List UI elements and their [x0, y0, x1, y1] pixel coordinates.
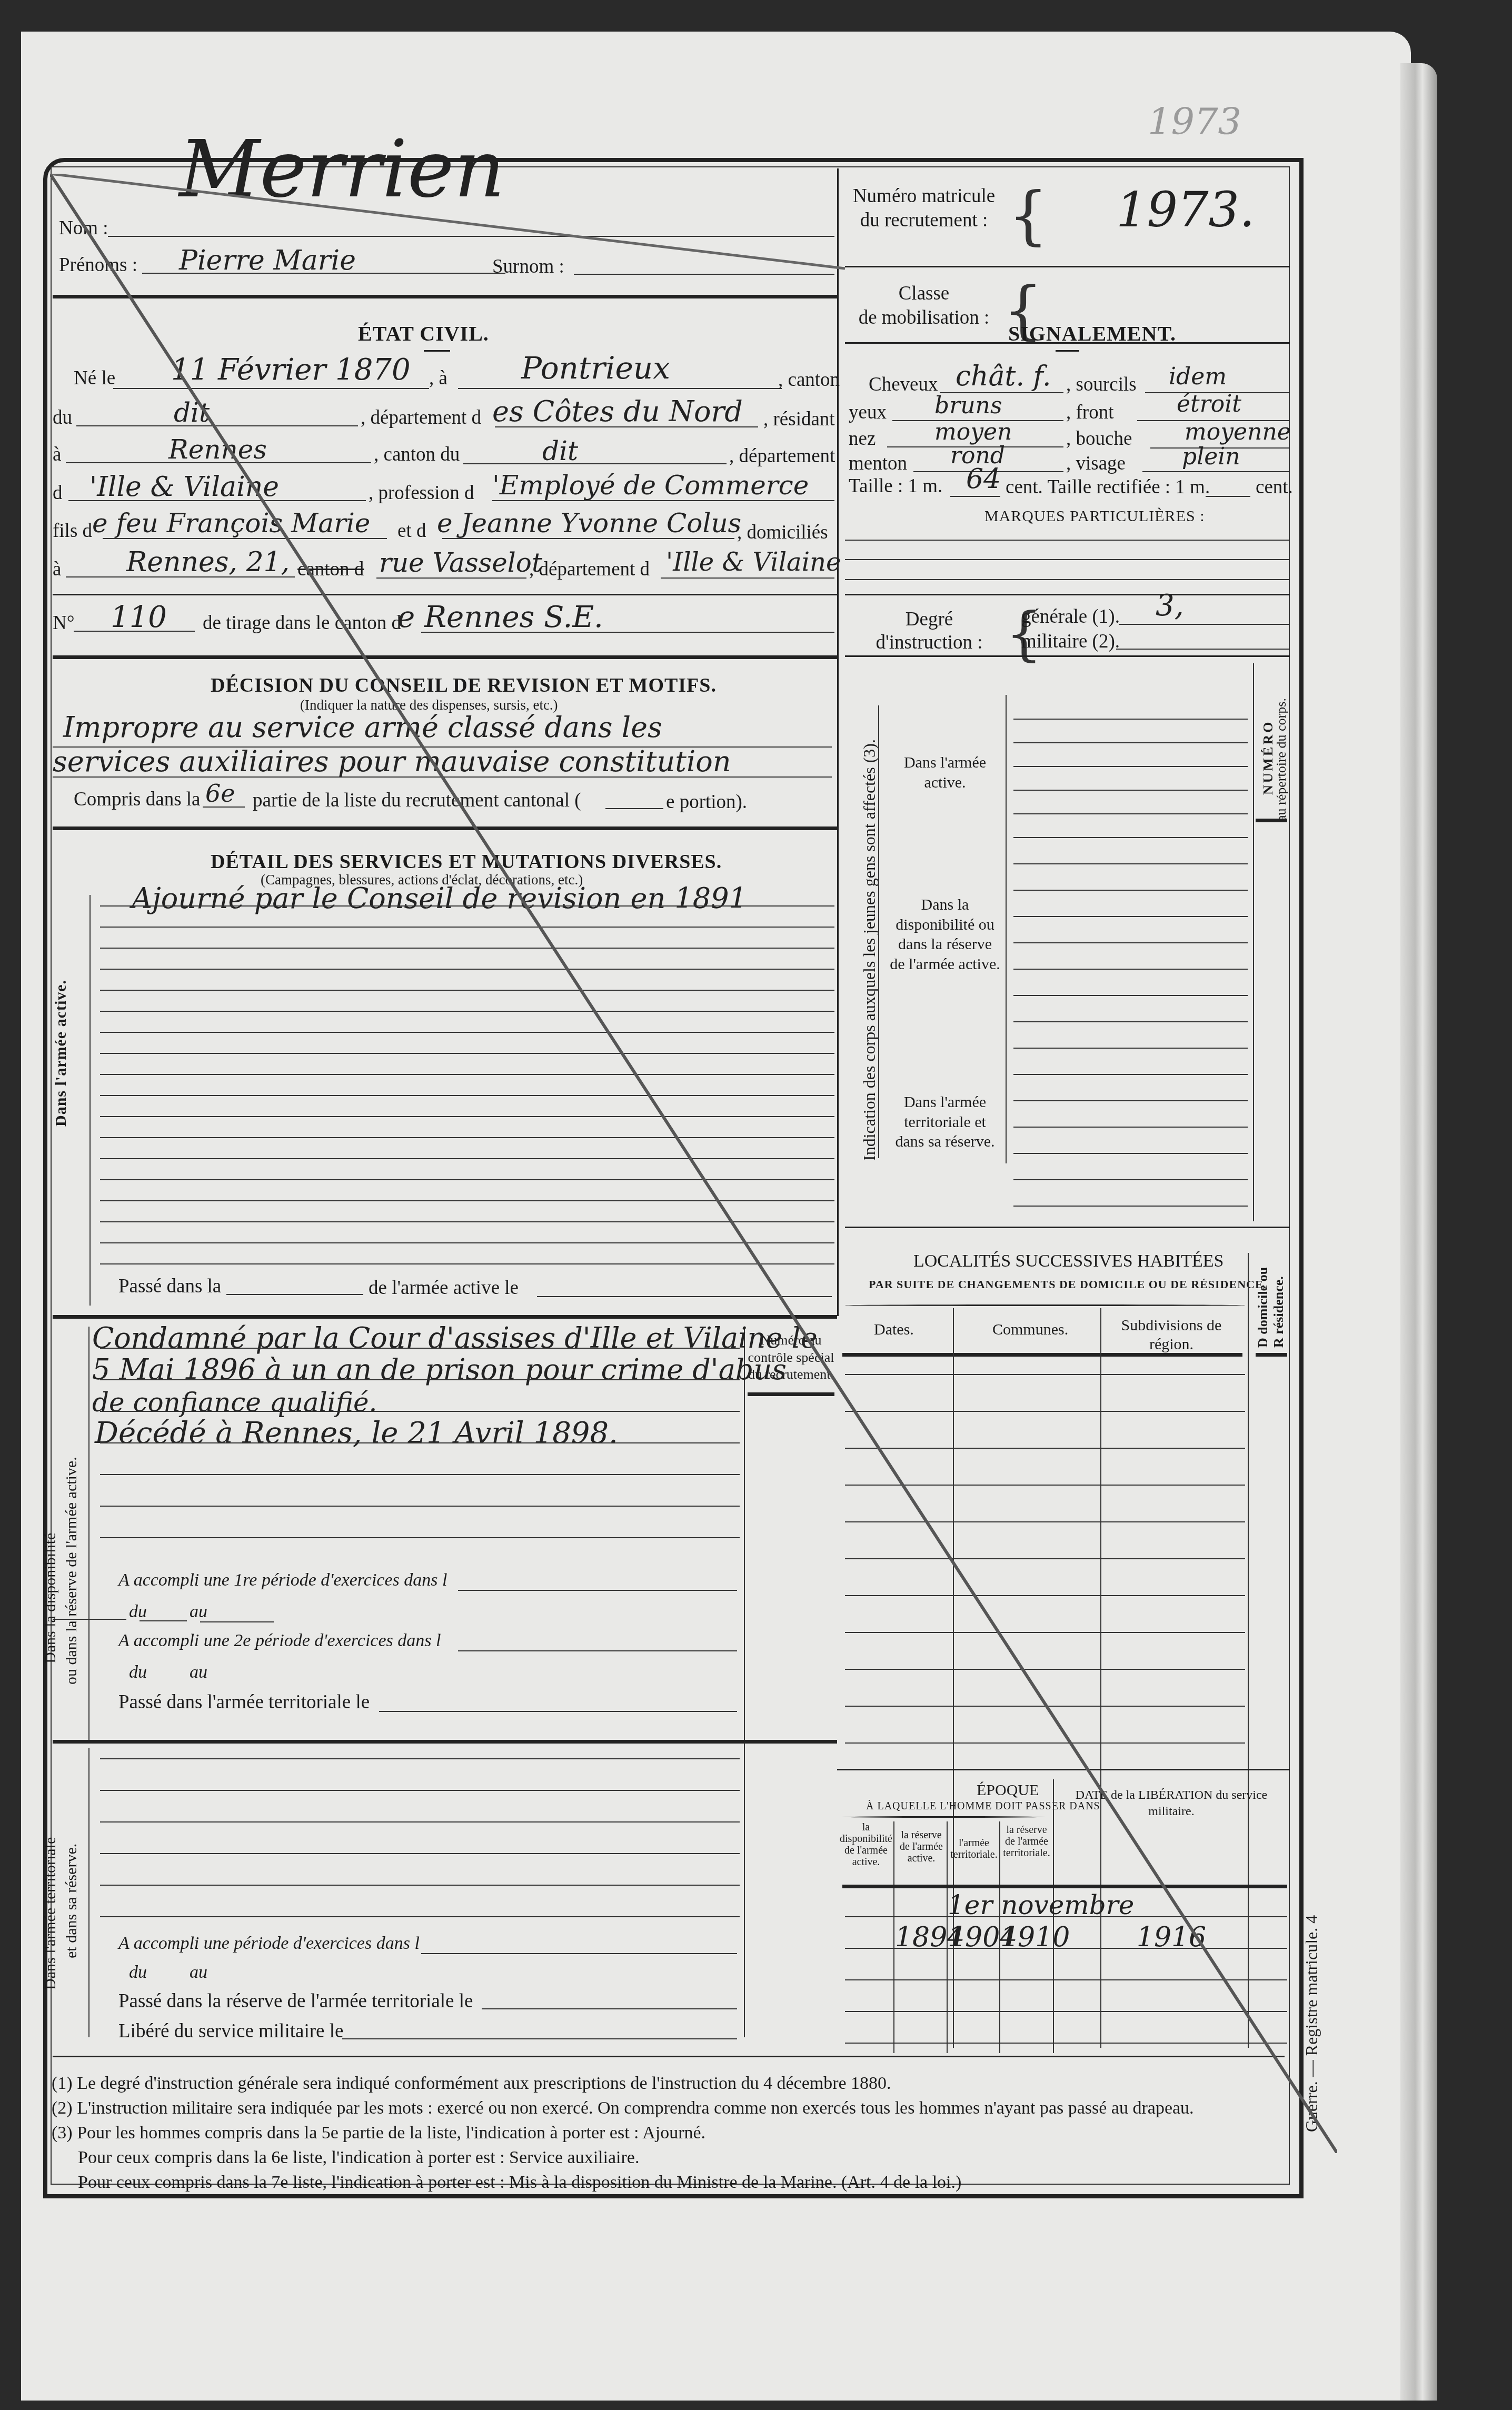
mere-line [442, 538, 734, 539]
matricule-divider [845, 266, 1290, 267]
ruled-line [100, 1758, 740, 1759]
ruled-line [845, 1595, 1245, 1596]
ruled-line [100, 1116, 834, 1117]
localites-col-subdivisions: Subdivisions de région. [1111, 1316, 1232, 1354]
no-tirage-value: 110 [111, 600, 167, 634]
ruled-line [100, 1221, 834, 1222]
passe-reserve-territoriale-line [482, 2008, 737, 2009]
canton-d-label-struck: canton d [297, 560, 364, 579]
canton-label: , canton [778, 370, 840, 390]
cent-label: cent. [1256, 477, 1293, 497]
prenoms-line [142, 273, 505, 274]
ruled-line [1013, 995, 1248, 996]
corps-active-label: Dans l'armée active. [890, 753, 1000, 792]
tirage-line [421, 632, 834, 633]
epoque-header-rule [842, 1885, 1287, 1888]
passe-reserve-territoriale-label: Passé dans la réserve de l'armée territo… [118, 1991, 473, 2011]
nez-label: nez [849, 429, 876, 449]
passe-dans-label: Passé dans la [118, 1277, 221, 1296]
sourcils-value: idem [1169, 363, 1227, 390]
periode-1-label: A accompli une 1re période d'exercices d… [118, 1571, 447, 1589]
numero-divider [1256, 819, 1287, 822]
canton-residence-line [463, 463, 727, 464]
compris-line [203, 806, 245, 808]
numero-column-border [1253, 663, 1254, 1221]
etat-civil-title: ÉTAT CIVIL. [358, 321, 489, 346]
periode-1-du-line [140, 1620, 187, 1621]
menton-label: menton [849, 454, 907, 473]
marques-line-2 [845, 559, 1290, 560]
rue-line [376, 577, 526, 579]
ruled-line [100, 1790, 740, 1791]
tirage-canton-value: e Rennes S.E. [397, 600, 603, 634]
taille-label: Taille : 1 m. [849, 476, 942, 496]
yeux-label: yeux [849, 403, 887, 422]
localites-header-rule [842, 1353, 1242, 1357]
taille-line [950, 496, 1000, 497]
periode-1-au-label: au [190, 1603, 207, 1621]
ruled-line [845, 2011, 1287, 2012]
services-active-line-1: Ajourné par le Conseil de revision en 18… [132, 882, 747, 915]
territoriale-side-label-2: et dans sa réserve. [63, 1844, 80, 1958]
signalement-title: SIGNALEMENT. [1008, 321, 1176, 346]
ne-le-value: 11 Février 1870 [171, 353, 411, 387]
ruled-line [100, 927, 834, 928]
front-label: , front [1066, 403, 1113, 422]
periode-du-label: du [129, 1964, 147, 1981]
ruled-line [1013, 790, 1248, 791]
departement2-label: , département [729, 446, 835, 466]
dr-label-1: D domicile ou [1256, 1267, 1271, 1348]
lieu-naissance-value: Pontrieux [521, 350, 670, 386]
pere-line [103, 538, 387, 539]
passe-dans-line [226, 1294, 363, 1295]
ne-le-line [113, 388, 429, 389]
etat-civil-subdivider [53, 594, 837, 595]
compris-label: Compris dans la [74, 790, 200, 809]
ruled-line [845, 1916, 1287, 1917]
ruled-line [100, 905, 834, 907]
du-label: du [53, 408, 72, 427]
services-title: DÉTAIL DES SERVICES ET MUTATIONS DIVERSE… [211, 850, 722, 873]
ruled-line [845, 1374, 1245, 1375]
departement-naissance-value: es Côtes du Nord [492, 395, 743, 428]
corps-divider [845, 1227, 1290, 1228]
residant-label: , résidant [763, 410, 835, 429]
corps-side-label: Indication des corps auxquels les jeunes… [861, 739, 879, 1161]
visage-label: , visage [1066, 454, 1126, 473]
condamne-line-3: de confiance qualifié. [92, 1387, 377, 1418]
ruled-line [100, 1011, 834, 1012]
periode-2-line [458, 1650, 737, 1651]
title-dash [424, 350, 450, 352]
controle-rule [748, 1392, 834, 1396]
ruled-line [100, 1379, 740, 1380]
instruction-generale-value: 3, [1156, 589, 1183, 623]
ruled-line [100, 1158, 834, 1159]
ruled-line [1013, 837, 1248, 838]
no-line [74, 631, 195, 632]
decision-line-2: services auxiliaires pour mauvaise const… [53, 745, 731, 778]
ruled-line [845, 1979, 1287, 1980]
periode-2-du-label: du [129, 1664, 147, 1681]
canton-line [76, 425, 358, 426]
page-edge [1400, 63, 1437, 2401]
libere-label: Libéré du service militaire le [118, 2021, 343, 2041]
ruled-line [100, 1200, 834, 1201]
periode-1-au-line [200, 1621, 274, 1622]
prenoms-value: Pierre Marie [179, 245, 356, 276]
liberation-header: DATE de la LIBÉRATION du service militai… [1056, 1787, 1287, 1820]
d-label: d [53, 483, 63, 503]
territoriale-side-brace [88, 1748, 89, 2037]
disponibilite-side-label-2: ou dans la réserve de l'armée active. [63, 1457, 80, 1685]
residence-line [66, 462, 371, 463]
marques-line-3 [845, 579, 1290, 580]
cheveux-label: Cheveux [869, 375, 938, 394]
ruled-line [1013, 719, 1248, 720]
instruction-label-2: d'instruction : [869, 631, 990, 654]
ruled-line [100, 1853, 740, 1854]
ruled-line [845, 1632, 1245, 1633]
footnote-divider [53, 2056, 1285, 2057]
tirage-label: de tirage dans le canton d [203, 613, 401, 633]
numero-sub-label: au répertoire du corps. [1274, 698, 1289, 821]
ruled-line [1013, 742, 1248, 743]
nom-value: Merrien [179, 124, 505, 215]
a3-label: à [53, 560, 61, 579]
etat-civil-divider [53, 655, 837, 659]
ruled-line [100, 1074, 834, 1075]
dom-dept-line [661, 577, 834, 579]
instruction-label-1: Degré [869, 608, 990, 631]
ruled-line [1013, 1100, 1248, 1101]
et-de-label: et d [397, 521, 426, 541]
visage-line [1142, 471, 1290, 472]
visage-value: plein [1182, 443, 1240, 470]
instruction-generale-label: générale (1). [1021, 607, 1120, 626]
passe-territoriale-label: Passé dans l'armée territoriale le [118, 1692, 370, 1712]
footnote-1: (1) Le degré d'instruction générale sera… [52, 2072, 1194, 2096]
domicile-line [66, 576, 295, 577]
territoriale-side-label-1: Dans l'armée territoriale [42, 1837, 59, 1990]
nom-label: Nom : [59, 218, 108, 238]
brace-icon: { [1008, 179, 1048, 252]
ruled-line [1013, 916, 1248, 917]
ruled-line [845, 2043, 1287, 2044]
ruled-line [845, 1948, 1287, 1949]
compris-value: 6e [205, 779, 235, 808]
active-divider [53, 1315, 837, 1319]
ruled-line [100, 1095, 834, 1096]
controle-column-border [744, 1327, 745, 1742]
ruled-line [845, 1742, 1245, 1744]
ruled-line [1013, 969, 1248, 970]
departement3-label: , département d [529, 560, 650, 579]
localites-col-communes: Communes. [992, 1321, 1068, 1338]
ruled-line [100, 1053, 834, 1054]
ruled-line [100, 1411, 740, 1412]
ruled-line [1013, 1206, 1248, 1207]
right-panel-border [837, 168, 839, 1316]
decision-divider [53, 826, 837, 830]
localites-subtitle: PAR SUITE DE CHANGEMENTS DE DOMICILE OU … [869, 1278, 1267, 1291]
profession-value: 'Employé de Commerce [492, 470, 809, 501]
ruled-line [1013, 1153, 1248, 1154]
condamne-line-2: 5 Mai 1896 à un an de prison pour crime … [92, 1353, 787, 1386]
disponibilite-divider [53, 1740, 837, 1744]
ruled-line [1013, 1179, 1248, 1180]
periode-1-du-label: du [129, 1603, 147, 1621]
periode-1-line [458, 1590, 737, 1591]
ruled-line [100, 948, 834, 949]
bouche-value: moyenne [1185, 419, 1291, 445]
passe-middle-label: de l'armée active le [369, 1278, 519, 1298]
signalement-divider [845, 594, 1290, 595]
ruled-line [100, 1179, 834, 1180]
matricule-label-2: du recrutement : [850, 208, 998, 233]
marques-title: MARQUES PARTICULIÈRES : [984, 508, 1205, 525]
domicilies-label: , domiciliés [737, 523, 828, 542]
canton-naissance-value: dit [174, 397, 210, 428]
mere-value: e Jeanne Yvonne Colus [437, 508, 741, 539]
instruction-divider [845, 655, 1290, 657]
ruled-line [845, 1411, 1245, 1412]
ruled-line [100, 1506, 740, 1507]
libere-line [342, 2038, 737, 2039]
footnote-3c: Pour ceux compris dans la 7e liste, l'in… [52, 2170, 1194, 2195]
ruled-line [100, 1137, 834, 1138]
ruled-line [100, 1916, 740, 1917]
dr-label-2: R résidence. [1271, 1276, 1287, 1348]
taille-value: 64 [966, 463, 1001, 495]
profession-label: , profession d [369, 483, 474, 503]
classe-label: Classe de mobilisation : [850, 282, 998, 331]
ruled-line [1013, 1074, 1248, 1075]
residence-value: Rennes [168, 434, 267, 465]
decision-line-1: Impropre au service armé classé dans les [63, 711, 662, 744]
epoque-col-reserve-territoriale: la réserve de l'armée territoriale. [1000, 1824, 1053, 1859]
prenoms-label: Prénoms : [59, 255, 137, 275]
epoque-col-territoriale: l'armée territoriale. [948, 1837, 1000, 1860]
ruled-line [100, 1821, 740, 1823]
canton-residence-value: dit [542, 436, 578, 466]
ruled-line [1013, 1048, 1248, 1049]
classe-label-2: de mobilisation : [850, 306, 998, 330]
epoque-col-disponibilite: la disponibilité de l'armée active. [840, 1821, 892, 1868]
sourcils-label: , sourcils [1066, 375, 1137, 394]
ruled-line [1013, 1127, 1248, 1128]
ruled-line [1013, 1021, 1248, 1022]
epoque-brace [842, 1816, 1045, 1818]
ruled-line [1013, 766, 1248, 767]
ruled-line [1013, 863, 1248, 864]
matricule-label-1: Numéro matricule [850, 184, 998, 208]
active-side-label: Dans l'armée active. [53, 980, 69, 1127]
compris-suffix: partie de la liste du recrutement canton… [253, 791, 581, 810]
nom-line [108, 236, 834, 237]
periode-label: A accompli une période d'exercices dans … [118, 1935, 420, 1953]
domicile-value: Rennes, 21, [126, 546, 290, 578]
nez-value: moyen [934, 419, 1012, 445]
matricule-label: Numéro matricule du recrutement : [850, 184, 998, 233]
corps-brace [1006, 695, 1007, 1163]
localites-col-dates: Dates. [874, 1321, 914, 1338]
departement-residence-value: 'Ille & Vilaine [89, 471, 279, 503]
departement-line [495, 426, 758, 427]
registre-imprint: Guerre. — Registre matricule. 4 [1303, 1915, 1321, 2132]
cheveux-value: chât. f. [956, 361, 1051, 392]
front-value: étroit [1177, 391, 1241, 417]
ruled-line [1013, 942, 1248, 943]
decision-rule-2 [53, 776, 832, 778]
footnote-2: (2) L'instruction militaire sera indiqué… [52, 2096, 1194, 2121]
lieu-line [458, 388, 782, 389]
a2-label: à [53, 445, 61, 464]
footnotes: (1) Le degré d'instruction générale sera… [52, 2072, 1194, 2195]
condamne-line-1: Condamné par la Cour d'assises d'Ille et… [92, 1321, 818, 1355]
no-label: N° [53, 613, 75, 633]
fils-de-label: fils d [53, 521, 92, 541]
surnom-label: Surnom : [492, 257, 564, 276]
taille-rectifiee-line [1206, 496, 1250, 497]
ruled-line [1013, 890, 1248, 891]
domicile-rue-value: rue Vasselot [379, 547, 542, 578]
canton-du-label: , canton du [374, 445, 460, 464]
ruled-line [100, 1442, 740, 1443]
yeux-value: bruns [934, 392, 1002, 419]
dept-residence-line [68, 500, 366, 501]
active-side-brace [89, 895, 91, 1306]
periode-au-label: au [190, 1964, 207, 1981]
localites-brace [845, 1304, 1245, 1306]
identity-divider [53, 295, 837, 298]
portion-line [605, 808, 663, 809]
footnote-3: (3) Pour les hommes compris dans la 5e p… [52, 2121, 1194, 2146]
localites-title: LOCALITÉS SUCCESSIVES HABITÉES [913, 1252, 1223, 1271]
ruled-line [845, 1521, 1245, 1522]
epoque-title: ÉPOQUE [977, 1782, 1039, 1799]
instruction-militaire-label: militaire (2). [1021, 632, 1120, 651]
a-label: , à [429, 369, 447, 388]
ruled-line [845, 1669, 1245, 1670]
ruled-line [845, 1706, 1245, 1707]
ruled-line [100, 1263, 834, 1264]
pere-value: e feu François Marie [92, 508, 370, 539]
ruled-line [100, 1885, 740, 1886]
domicile-departement-value: 'Ille & Vilaine [666, 547, 841, 577]
periode-line [421, 1953, 737, 1954]
passe-territoriale-line [379, 1711, 737, 1712]
deces-line: Décédé à Rennes, le 21 Avril 1898. [95, 1416, 618, 1450]
ruled-line [100, 1537, 740, 1538]
ruled-line [100, 969, 834, 970]
title-dash [1056, 350, 1079, 352]
instruction-label: Degré d'instruction : [869, 608, 990, 655]
corps-territoriale-label: Dans l'armée territoriale et dans sa rés… [890, 1092, 1000, 1152]
periode-2-label: A accompli une 2e période d'exercices da… [118, 1632, 441, 1650]
ruled-line [1013, 813, 1248, 814]
portion-suffix: e portion). [666, 792, 747, 812]
ruled-line [845, 1448, 1245, 1449]
bouche-label: , bouche [1066, 429, 1132, 449]
pencil-page-number: 1973 [1148, 100, 1241, 143]
surnom-line [574, 274, 834, 275]
ruled-line [100, 1032, 834, 1033]
departement-label: , département d [361, 408, 481, 427]
epoque-col-border-1 [893, 1821, 894, 2053]
ruled-line [100, 1348, 740, 1349]
epoque-top-rule [837, 1769, 1290, 1770]
disponibilite-side-label-1: Dans la disponibilité [42, 1533, 59, 1664]
generale-line [1119, 624, 1290, 625]
periode-2-au-label: au [190, 1664, 207, 1681]
marques-line-1 [845, 540, 1290, 541]
territoriale-right-border [744, 1742, 745, 2037]
ruled-line [845, 1558, 1245, 1559]
ruled-line [100, 1242, 834, 1243]
corps-disponibilite-label: Dans la disponibilité ou dans la réserve… [890, 895, 1000, 974]
disponibilite-side-brace [88, 1327, 89, 1742]
taille-rectifiee-label: cent. Taille rectifiée : 1 m. [1006, 477, 1210, 497]
decision-title: DÉCISION DU CONSEIL DE REVISION ET MOTIF… [211, 674, 717, 697]
ruled-line [100, 990, 834, 991]
ruled-line [100, 1474, 740, 1475]
corps-side-brace [878, 705, 879, 1158]
dr-header-rule [1256, 1353, 1287, 1357]
epoque-col-reserve-active: la réserve de l'armée active. [895, 1829, 948, 1864]
militaire-line [1116, 649, 1290, 650]
periode-1-du-line-a [53, 1619, 126, 1620]
ruled-line [845, 1485, 1245, 1486]
profession-line [492, 500, 834, 501]
passe-date-line [537, 1296, 832, 1297]
ne-le-label: Né le [74, 369, 115, 388]
matricule-value: 1973. [1116, 182, 1255, 238]
footnote-3b: Pour ceux compris dans la 6e liste, l'in… [52, 2146, 1194, 2170]
classe-label-1: Classe [850, 282, 998, 306]
